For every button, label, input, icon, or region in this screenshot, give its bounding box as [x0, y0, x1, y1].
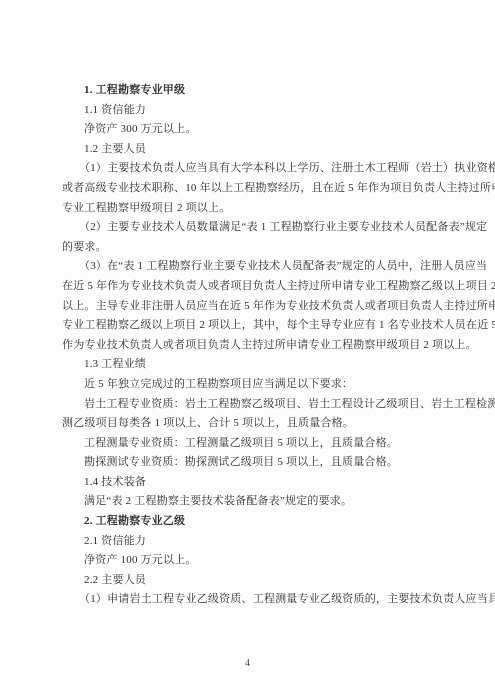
text-line: 在近 5 年作为专业技术负责人或者项目负责人主持过所申请专业工程勘察乙级以上项目…: [62, 277, 440, 297]
text-line: 1.1 资信能力: [62, 101, 440, 121]
section-heading: 1. 工程勘察专业甲级: [62, 81, 440, 101]
text-line: 专业工程勘察乙级以上项目 2 项以上，其中，每个主导专业应有 1 名专业技术人员…: [62, 316, 440, 336]
document-body: 1. 工程勘察专业甲级1.1 资信能力净资产 300 万元以上。1.2 主要人员…: [62, 81, 440, 610]
text-line: （2）主要专业技术人员数量满足“表 1 工程勘察行业主要专业技术人员配备表”规定: [62, 218, 440, 238]
text-line: （3）在“表 1 工程勘察行业主要专业技术人员配备表”规定的人员中，注册人员应当: [62, 257, 440, 277]
page-number: 4: [0, 658, 495, 669]
text-line: 或者高级专业技术职称、10 年以上工程勘察经历，且在近 5 年作为项目负责人主持…: [62, 179, 440, 199]
text-line: 1.3 工程业绩: [62, 355, 440, 375]
text-line: 满足“表 2 工程勘察主要技术装备配备表”规定的要求。: [62, 492, 440, 512]
text-line: 1.2 主要人员: [62, 140, 440, 160]
text-line: （1）申请岩土工程专业乙级资质、工程测量专业乙级资质的，主要技术负责人应当具: [62, 590, 440, 610]
text-line: 2.2 主要人员: [62, 571, 440, 591]
text-line: 测乙级项目每类各 1 项以上、合计 5 项以上，且质量合格。: [62, 414, 440, 434]
text-line: 以上。主导专业非注册人员应当在近 5 年作为专业技术负责人或者项目负责人主持过所…: [62, 297, 440, 317]
text-line: 净资产 100 万元以上。: [62, 551, 440, 571]
text-line: 专业工程勘察甲级项目 2 项以上。: [62, 199, 440, 219]
text-line: 工程测量专业资质：工程测量乙级项目 5 项以上，且质量合格。: [62, 434, 440, 454]
text-line: （1）主要技术负责人应当具有大学本科以上学历、注册土木工程师（岩土）执业资格: [62, 159, 440, 179]
text-line: 近 5 年独立完成过的工程勘察项目应当满足以下要求：: [62, 375, 440, 395]
text-line: 的要求。: [62, 238, 440, 258]
text-line: 2.1 资信能力: [62, 532, 440, 552]
text-line: 岩土工程专业资质：岩土工程勘察乙级项目、岩土工程设计乙级项目、岩土工程检测监: [62, 395, 440, 415]
text-line: 1.4 技术装备: [62, 473, 440, 493]
section-heading: 2. 工程勘察专业乙级: [62, 512, 440, 532]
text-line: 作为专业技术负责人或者项目负责人主持过所申请专业工程勘察甲级项目 2 项以上。: [62, 336, 440, 356]
text-line: 勘探测试专业资质：勘探测试乙级项目 5 项以上，且质量合格。: [62, 453, 440, 473]
document-page: 1. 工程勘察专业甲级1.1 资信能力净资产 300 万元以上。1.2 主要人员…: [0, 0, 495, 700]
text-line: 净资产 300 万元以上。: [62, 120, 440, 140]
